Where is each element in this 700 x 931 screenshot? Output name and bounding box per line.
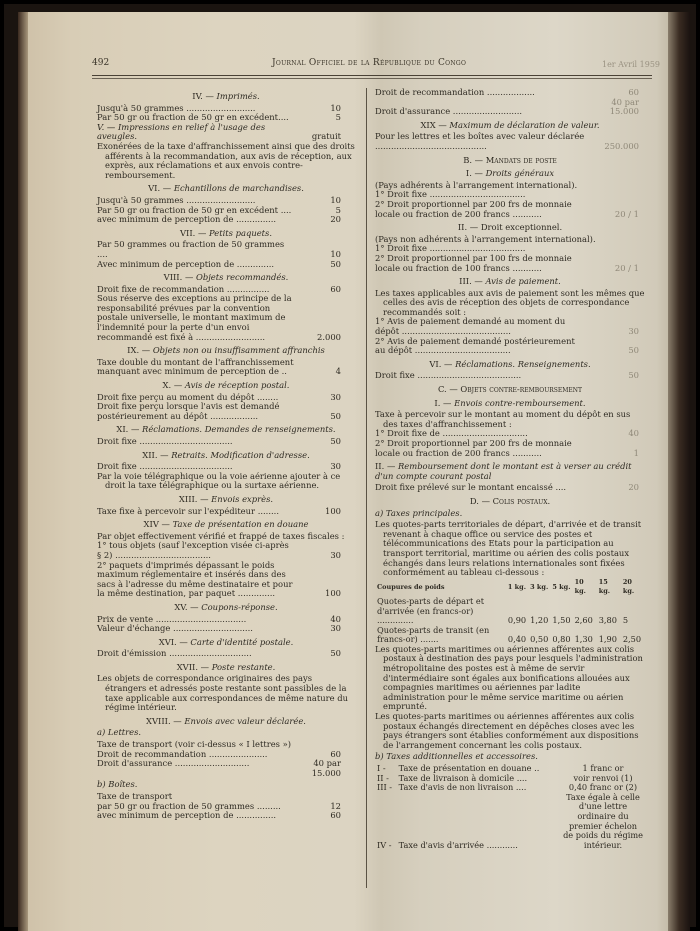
rate-value: 15.000 (295, 769, 355, 779)
section-number: II. — (458, 222, 481, 232)
rate-row: Par 50 grammes ou fraction de 50 grammes… (97, 240, 355, 259)
weight-column-header: 15 kg. (597, 578, 621, 597)
section-heading: VI. — Réclamations. Renseignements. (375, 360, 645, 370)
rate-value: 60 (295, 811, 355, 821)
rate-value: 30 (295, 393, 355, 403)
rate-value: 50 (295, 437, 355, 447)
cell-value: 2,50 (621, 626, 645, 645)
additional-tax-row: IV -Taxe d'avis d'arrivée ............Ta… (375, 793, 645, 851)
section-number: VI. — (429, 359, 455, 369)
weight-column-header: 10 kg. (573, 578, 597, 597)
rate-row: Droit fixe prélevé sur le montant encais… (375, 483, 645, 493)
section-number: XIII. — (179, 494, 211, 504)
section-title: Droit exceptionnel. (481, 222, 562, 232)
section-heading: VII. — Petits paquets. (97, 229, 355, 239)
rate-value: 40 par 15.000 (587, 98, 645, 117)
section-letter-heading: D. — Colis postaux. (375, 497, 645, 507)
section-number: VI. — (148, 183, 174, 193)
rate-value: 4 (295, 367, 355, 377)
section-number: XVII. — (177, 662, 212, 672)
rate-row: 2° Droit proportionnel par 100 frs de mo… (375, 254, 645, 273)
section-number: XVIII. — (146, 716, 184, 726)
additional-taxes-table: I -Taxe de présentation en douane ..1 fr… (375, 764, 645, 850)
section-number: IX. — (127, 345, 153, 355)
rate-value: 60 (295, 285, 355, 295)
cell-value: 2,60 (573, 597, 597, 626)
rate-value: 40 (295, 615, 355, 625)
section-number: XVI. — (159, 637, 191, 647)
rate-row: avec minimum de perception de ..........… (97, 811, 355, 821)
section-heading: XVII. — Poste restante. (97, 663, 355, 673)
rate-value: 50 (295, 260, 355, 270)
cell-value: 0,50 (528, 626, 550, 645)
section-number: XI. — (116, 424, 142, 434)
rate-value: 12 (295, 802, 355, 812)
rate-label: Sous réserve des exceptions au principe … (97, 294, 295, 342)
book-spine (668, 12, 690, 931)
section-heading: XV. — Coupons-réponse. (97, 603, 355, 613)
page-number: 492 (92, 58, 109, 68)
table-header-row: Coupures de poids1 kg.3 kg.5 kg.10 kg.15… (375, 578, 645, 597)
rate-label: Droit fixe .............................… (375, 371, 587, 381)
rate-label: Valeur d'échange .......................… (97, 624, 295, 634)
parcel-rates-table: Coupures de poids1 kg.3 kg.5 kg.10 kg.15… (375, 578, 645, 645)
rate-label: 2° paquets d'imprimés dépassant le poids… (97, 561, 295, 599)
tax-label: Taxe d'avis d'arrivée ............ (397, 793, 561, 851)
weight-column-header: 5 kg. (550, 578, 572, 597)
section-number: I. — (466, 168, 486, 178)
rate-label: Taxe double du montant de l'affranchisse… (97, 358, 295, 377)
tax-number: IV - (375, 793, 397, 851)
row-label: Quotes-parts de départ et d'arrivée (en … (375, 597, 506, 626)
section-letter-heading: C. — Objets contre-remboursement (375, 385, 645, 395)
rate-row: 2° Droit proportionnel par 200 frs de mo… (375, 439, 645, 458)
section-heading: XI. — Réclamations. Demandes de renseign… (97, 425, 355, 435)
rate-label: 2° Droit proportionnel par 200 frs de mo… (375, 200, 587, 219)
section-heading: IV. — Imprimés. (97, 92, 355, 102)
rate-label: Droit d'émission .......................… (97, 649, 295, 659)
rate-label: 2° Droit proportionnel par 100 frs de mo… (375, 254, 587, 273)
rate-row: 2° paquets d'imprimés dépassant le poids… (97, 561, 355, 599)
cell-value: 5 (621, 597, 645, 626)
rate-label: 2° Droit proportionnel par 200 frs de mo… (375, 439, 587, 458)
section-title: Remboursement dont le montant est à vers… (375, 461, 632, 481)
section-heading: I. — Droits généraux (375, 169, 645, 179)
rate-label: 2° Avis de paiement demandé postérieurem… (375, 337, 587, 356)
rate-value: 30 (295, 624, 355, 634)
cell-value: 1,50 (550, 597, 572, 626)
rate-label: Droit fixe perçu lorsque l'avis est dema… (97, 402, 295, 421)
cell-value: 0,90 (506, 597, 528, 626)
row-label: Quotes-parts de transit (en francs-or) .… (375, 626, 506, 645)
paragraph: Les taxes applicables aux avis de paieme… (375, 289, 645, 318)
section-letter-title: B. — Mandats de poste (463, 155, 557, 165)
rate-row: Valeur d'échange .......................… (97, 624, 355, 634)
section-title: Petits paquets. (209, 228, 272, 238)
weight-column-header: 1 kg. (506, 578, 528, 597)
table-header-label: Coupures de poids (375, 578, 506, 597)
section-heading: II. — Droit exceptionnel. (375, 223, 645, 233)
header-rule (92, 75, 652, 76)
rate-row: Taxe fixe à percevoir sur l'expéditeur .… (97, 507, 355, 517)
rate-value: 10 (295, 250, 355, 260)
section-heading: III. — Avis de paiement. (375, 277, 645, 287)
rate-value: 20 (295, 215, 355, 225)
section-title: Objets recommandés. (196, 272, 288, 282)
rate-row: Droit d'émission .......................… (97, 649, 355, 659)
rate-row: Avec minimum de perception de ..........… (97, 260, 355, 270)
table-row: Quotes-parts de transit (en francs-or) .… (375, 626, 645, 645)
section-heading: VI. — Echantillons de marchandises. (97, 184, 355, 194)
rate-label: Droit de recommandation ................… (375, 88, 587, 98)
rate-row: 15.000 (97, 769, 355, 779)
rate-row: Droit de recommandation ................… (375, 88, 645, 98)
cell-value: 0,80 (550, 626, 572, 645)
paragraph: Les quotes-parts maritimes ou aériennes … (375, 645, 645, 712)
section-title: Taxe de présentation en douane (173, 519, 309, 529)
section-number: IV. — (192, 91, 216, 101)
section-title: Maximum de déclaration de valeur. (449, 120, 599, 130)
section-number: XIV — (144, 519, 173, 529)
section-title: Envois contre-remboursement. (454, 398, 585, 408)
subsection-label: a) Lettres. (97, 728, 355, 738)
rate-label: 1° tous objets (sauf l'exception visée c… (97, 541, 295, 560)
rate-row: 2° Droit proportionnel par 200 frs de mo… (375, 200, 645, 219)
section-letter-title: D. — Colis postaux. (470, 496, 550, 506)
paragraph: Les quotes-parts maritimes ou aériennes … (375, 712, 645, 750)
rate-label: avec minimum de perception de ..........… (97, 811, 295, 821)
rate-label: avec minimum de perception de ..........… (97, 215, 295, 225)
section-number: III. — (459, 276, 485, 286)
rate-label: Droit fixe .............................… (97, 437, 295, 447)
right-column-top: Droit de recommandation ................… (375, 88, 645, 578)
tax-label: Taxe d'avis de non livraison .... (397, 783, 561, 793)
section-title: Avis de paiement. (485, 276, 560, 286)
section-number: XIX — (420, 120, 449, 130)
section-title: Droits généraux (486, 168, 555, 178)
section-title: Poste restante. (212, 662, 276, 672)
rate-value: 20 / 1 (587, 210, 645, 220)
section-heading: XIII. — Envois exprès. (97, 495, 355, 505)
tax-number: III - (375, 783, 397, 793)
tax-value: Taxe égale à celle d'une lettre ordinair… (561, 793, 645, 851)
rate-row: 1° tous objets (sauf l'exception visée c… (97, 541, 355, 560)
rate-value: 20 / 1 (587, 264, 645, 274)
rate-value: 10 (295, 196, 355, 206)
section-number: XII. — (142, 450, 171, 460)
rate-label: Droit d'assurance ......................… (375, 107, 587, 117)
cell-value: 1,30 (573, 626, 597, 645)
rate-value: 5 (295, 206, 355, 216)
section-title: Coupons-réponse. (201, 602, 277, 612)
section-title: Réclamations. Demandes de renseignements… (142, 424, 336, 434)
left-column: IV. — Imprimés.Jusqu'à 50 grammes ......… (97, 88, 355, 821)
section-title: Envois avec valeur déclarée. (184, 716, 306, 726)
issue-date: 1er Avril 1959 (602, 60, 660, 69)
rate-value: 50 (587, 346, 645, 356)
rate-row: avec minimum de perception de ..........… (97, 215, 355, 225)
section-heading: II. — Remboursement dont le montant est … (375, 462, 645, 481)
subsection-label: b) Taxes additionnelles et accessoires. (375, 752, 645, 762)
paragraph: Taxe à percevoir sur le montant au momen… (375, 410, 645, 429)
book-edge-left (18, 12, 28, 931)
section-heading: X. — Avis de réception postal. (97, 381, 355, 391)
rate-row: Droit fixe perçu lorsque l'avis est dema… (97, 402, 355, 421)
cell-value: 3,80 (597, 597, 621, 626)
section-title: Carte d'identité postale. (190, 637, 293, 647)
section-title: Retraits. Modification d'adresse. (171, 450, 310, 460)
rate-value: 20 (587, 483, 645, 493)
column-divider (366, 88, 367, 888)
rate-value: 30 (587, 327, 645, 337)
rate-label: Avec minimum de perception de ..........… (97, 260, 295, 270)
rate-row: 2° Avis de paiement demandé postérieurem… (375, 337, 645, 356)
rate-row: Droit d'assurance ......................… (375, 98, 645, 117)
table-row: Quotes-parts de départ et d'arrivée (en … (375, 597, 645, 626)
rate-label: V. — Impressions en relief à l'usage des… (97, 123, 295, 142)
rate-label: Droit d'assurance ......................… (97, 759, 295, 769)
section-title: Réclamations. Renseignements. (455, 359, 591, 369)
section-heading: XIV — Taxe de présentation en douane (97, 520, 355, 530)
cell-value: 0,40 (506, 626, 528, 645)
rate-row: 1° Avis de paiement demandé au moment du… (375, 317, 645, 336)
weight-column-header: 3 kg. (528, 578, 550, 597)
rate-row: Taxe double du montant de l'affranchisse… (97, 358, 355, 377)
section-heading: I. — Envois contre-remboursement. (375, 399, 645, 409)
rate-value: 50 (295, 649, 355, 659)
rate-value: 30 (295, 551, 355, 561)
rate-label: 1° Avis de paiement demandé au moment du… (375, 317, 587, 336)
section-title: Objets non ou insuffisamment affranchis (153, 345, 325, 355)
section-number: XV. — (174, 602, 201, 612)
section-heading: XVI. — Carte d'identité postale. (97, 638, 355, 648)
rate-value: 10 (295, 104, 355, 114)
rate-value: 250.000 (587, 142, 645, 152)
section-number: X. — (163, 380, 185, 390)
paragraph: Les quotes-parts territoriales de départ… (375, 520, 645, 578)
rate-label: Droit fixe prélevé sur le montant encais… (375, 483, 587, 493)
section-number: I. — (434, 398, 454, 408)
rate-label: Par 50 grammes ou fraction de 50 grammes… (97, 240, 295, 259)
section-heading: XII. — Retraits. Modification d'adresse. (97, 451, 355, 461)
section-letter-heading: B. — Mandats de poste (375, 156, 645, 166)
rate-value: 5 (295, 113, 355, 123)
cell-value: 1,20 (528, 597, 550, 626)
section-title: Imprimés. (217, 91, 260, 101)
paragraph: Les objets de correspondance originaires… (97, 674, 355, 712)
section-heading: XIX — Maximum de déclaration de valeur. (375, 121, 645, 131)
paragraph: Exonérées de la taxe d'affranchissement … (97, 142, 355, 180)
section-number: II. — (375, 461, 398, 471)
section-title: Avis de réception postal. (185, 380, 290, 390)
rate-row: Droit fixe .............................… (97, 437, 355, 447)
section-heading: XVIII. — Envois avec valeur déclarée. (97, 717, 355, 727)
subsection-label: a) Taxes principales. (375, 509, 645, 519)
section-heading: IX. — Objets non ou insuffisamment affra… (97, 346, 355, 356)
section-heading: VIII. — Objets recommandés. (97, 273, 355, 283)
rate-row: Sous réserve des exceptions au principe … (97, 294, 355, 342)
rate-row: V. — Impressions en relief à l'usage des… (97, 123, 355, 142)
rate-label: Taxe fixe à percevoir sur l'expéditeur .… (97, 507, 295, 517)
cell-value: 1,90 (597, 626, 621, 645)
rate-value: 50 (295, 412, 355, 422)
right-column: Droit de recommandation ................… (375, 88, 645, 850)
subsection-label: b) Boîtes. (97, 780, 355, 790)
page-header: 492 Journal Officiel de la République du… (92, 58, 660, 74)
rate-label: Pour les lettres et les boîtes avec vale… (375, 132, 587, 151)
rate-value: 2.000 (295, 333, 355, 343)
rate-value: 1 (587, 449, 645, 459)
section-number: VIII. — (164, 272, 196, 282)
rate-value: 100 (295, 589, 355, 599)
rate-value: 40 (587, 429, 645, 439)
section-number: VII. — (180, 228, 209, 238)
section-letter-title: C. — Objets contre-remboursement (438, 384, 582, 394)
paragraph: Par la voie télégraphique ou la voie aér… (97, 472, 355, 491)
section-title: Envois exprès. (211, 494, 273, 504)
weight-column-header: 20 kg. (621, 578, 645, 597)
journal-title: Journal Officiel de la République du Con… (272, 58, 466, 68)
rate-row: Droit fixe .............................… (375, 371, 645, 381)
right-column-bottom: Les quotes-parts maritimes ou aériennes … (375, 645, 645, 762)
rate-row: Pour les lettres et les boîtes avec vale… (375, 132, 645, 151)
header-rule-thin (92, 78, 652, 79)
rate-value: 50 (587, 371, 645, 381)
rate-value: 100 (295, 507, 355, 517)
section-title: Echantillons de marchandises. (174, 183, 304, 193)
